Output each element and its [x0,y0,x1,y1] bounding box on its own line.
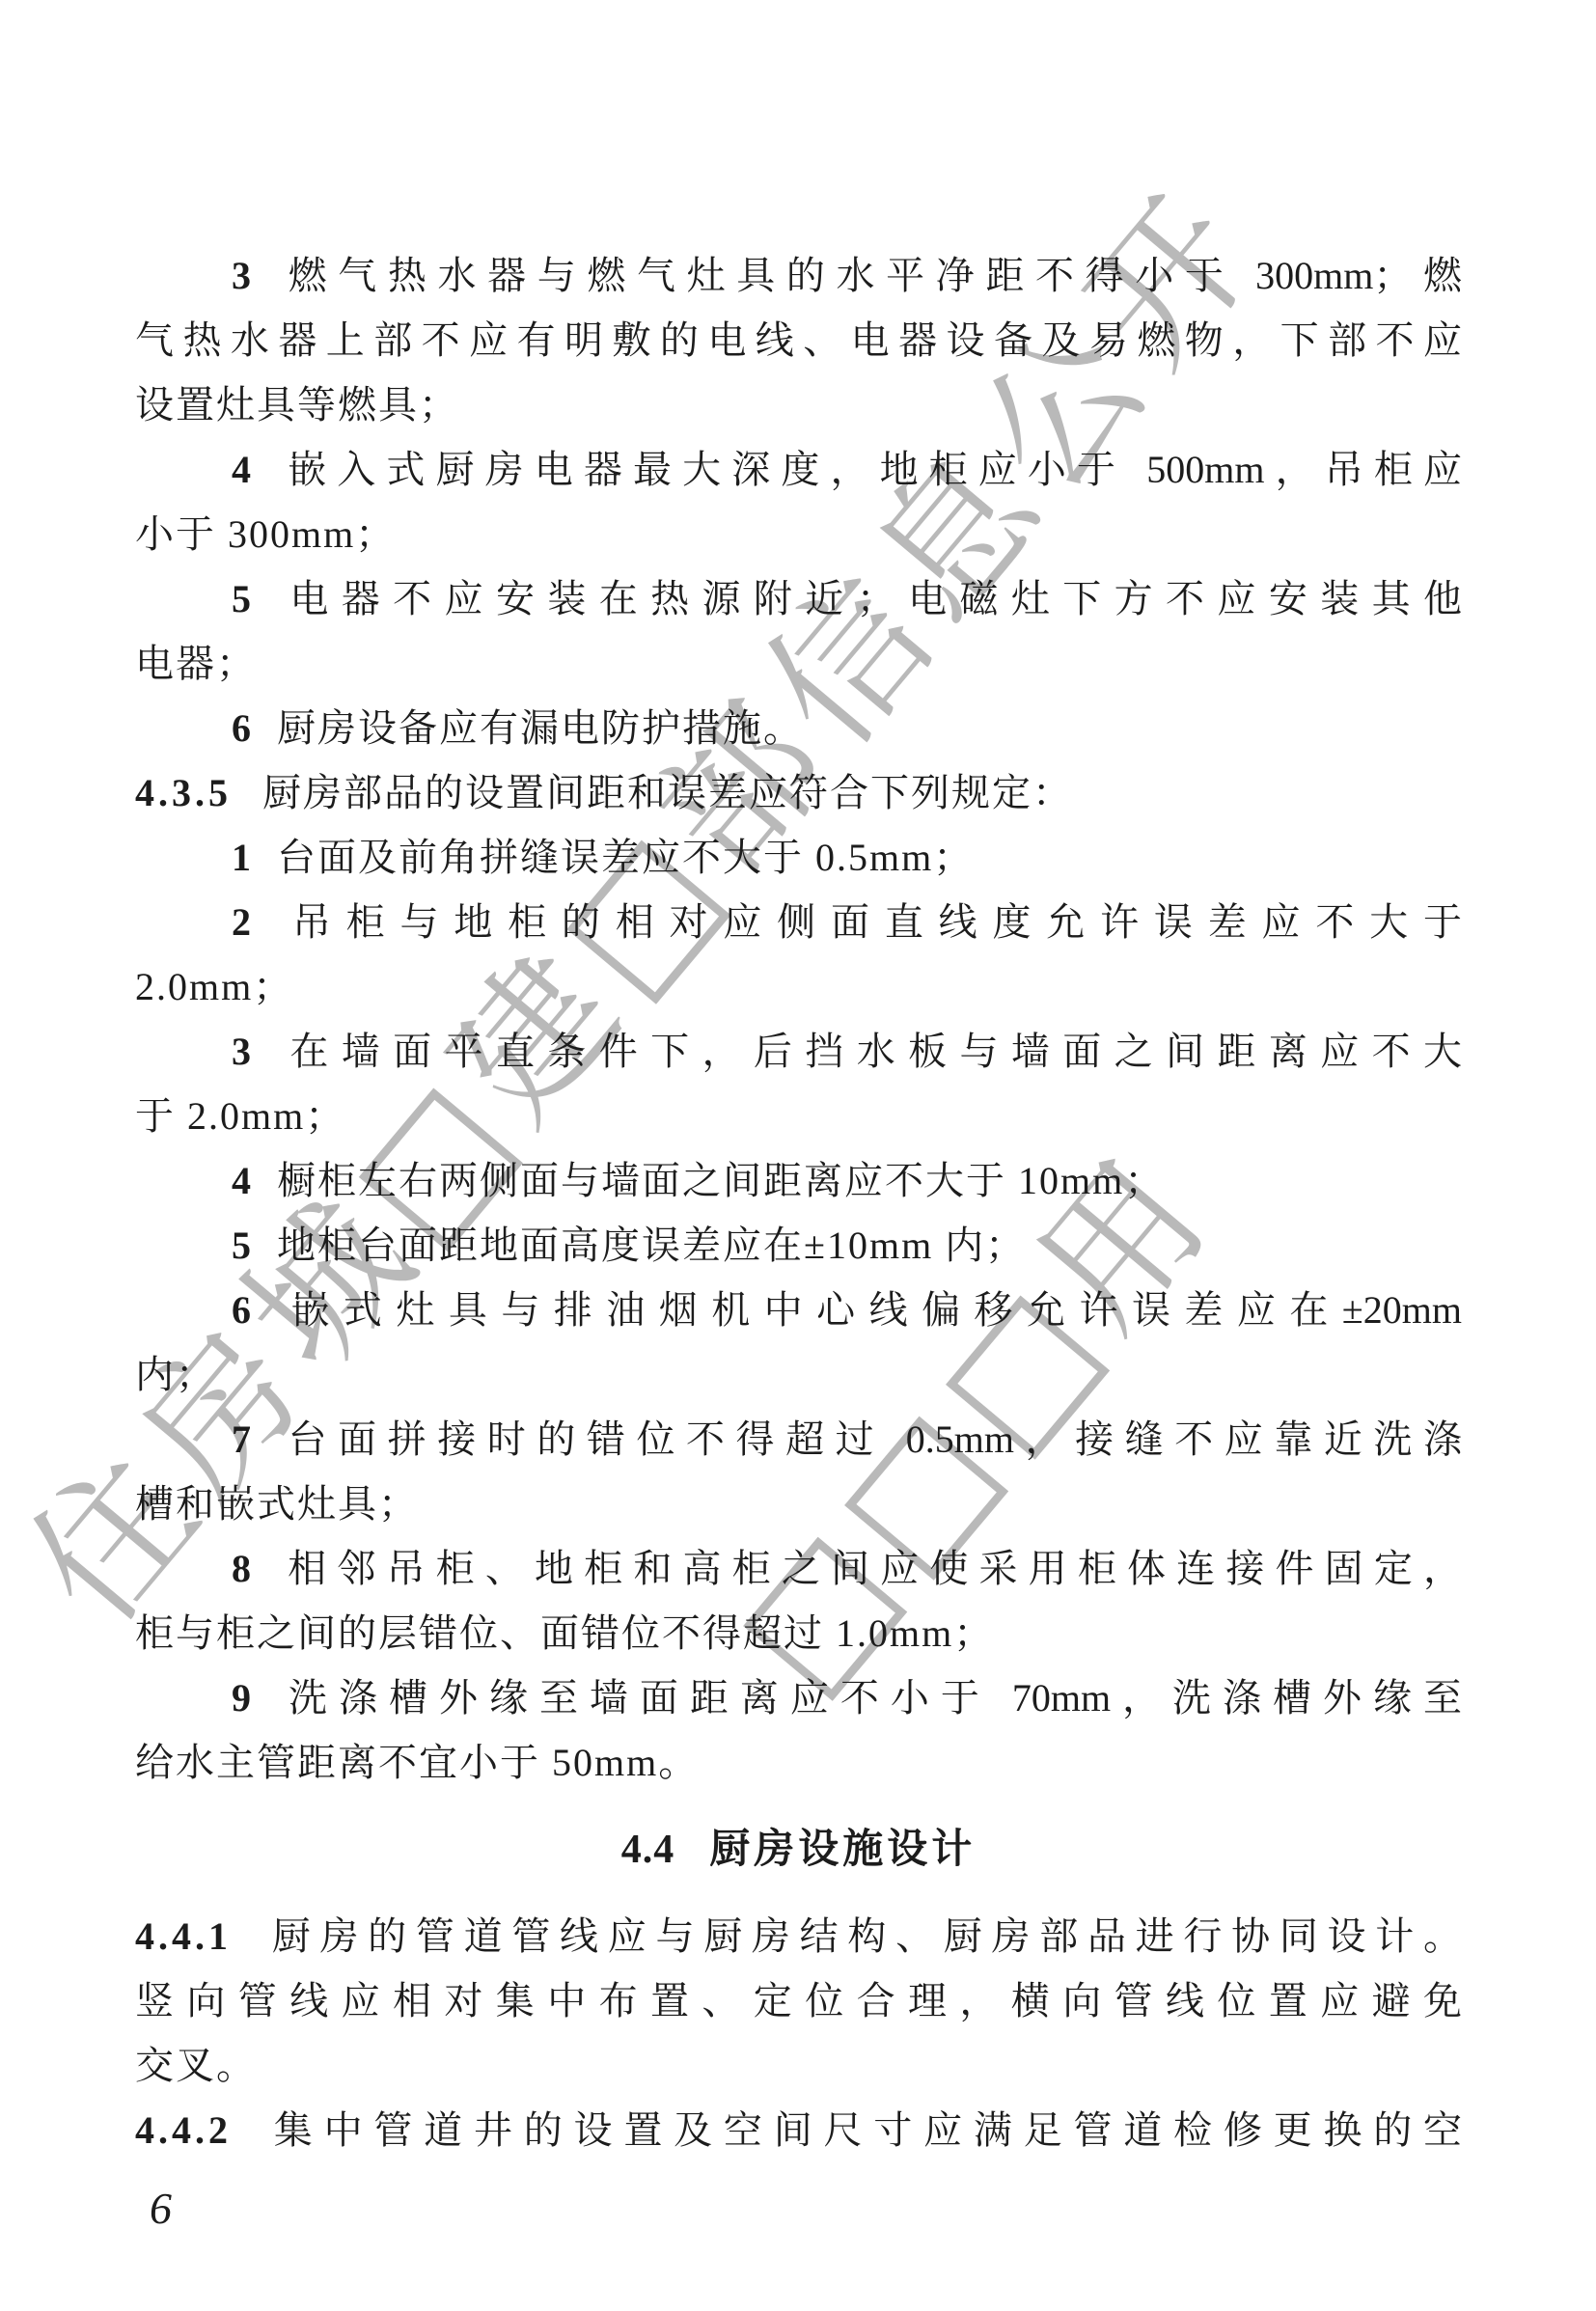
text-line: 5电器不应安装在热源附近；电磁灶下方不应安装其他 [135,566,1462,631]
line-text: 厨房的管道管线应与厨房结构、厨房部品进行协同设计。 [262,1914,1462,1958]
clause-number: 4.3.5 [135,771,232,814]
line-text: 嵌入式厨房电器最大深度，地柜应小于 500mm，吊柜应 [277,448,1462,491]
clause-number: 4.4 [621,1828,675,1872]
text-line: 槽和嵌式灶具； [135,1472,1462,1536]
text-line: 柜与柜之间的层错位、面错位不得超过 1.0mm； [135,1601,1462,1665]
text-line: 内； [135,1342,1462,1407]
page-content: 3燃气热水器与燃气灶具的水平净距不得小于 300mm；燃 气热水器上部不应有明敷… [135,243,1462,2162]
text-line: 9洗涤槽外缘至墙面距离应不小于 70mm，洗涤槽外缘至 [135,1665,1462,1730]
clause-number: 6 [232,1288,252,1332]
text-line: 给水主管距离不宜小于 50mm。 [135,1730,1462,1795]
clause-number: 4.4.1 [135,1914,232,1958]
line-text: 内； [135,1353,216,1396]
line-text: 在墙面平直条件下，后挡水板与墙面之间距离应不大 [277,1030,1462,1073]
line-text: 交叉。 [135,2044,257,2087]
clause-number: 8 [232,1547,252,1590]
text-line: 竖向管线应相对集中布置、定位合理，横向管线位置应避免 [135,1968,1462,2033]
line-text: 竖向管线应相对集中布置、定位合理，横向管线位置应避免 [135,1979,1462,2022]
clause-number: 5 [232,1224,252,1267]
line-text: 于 2.0mm； [135,1094,345,1138]
text-line: 小于 300mm； [135,502,1462,566]
line-text: 吊柜与地柜的相对应侧面直线度允许误差应不大于 [277,900,1462,944]
line-text: 地柜台面距地面高度误差应在±10mm 内； [277,1224,1026,1267]
clause-number: 3 [232,1030,252,1073]
clause-number: 4 [232,1159,252,1202]
text-line: 4.4厨房设施设计 [135,1818,1462,1883]
line-text: 槽和嵌式灶具； [135,1482,419,1526]
clause-number: 7 [232,1417,252,1461]
clause-number: 2 [232,900,252,944]
line-text: 相邻吊柜、地柜和高柜之间应使采用柜体连接件固定， [277,1547,1462,1590]
line-text: 电器； [135,642,257,685]
page-number: 6 [150,2183,172,2234]
text-line: 8相邻吊柜、地柜和高柜之间应使采用柜体连接件固定， [135,1536,1462,1601]
line-text: 给水主管距离不宜小于 50mm。 [135,1741,699,1784]
clause-number: 5 [232,577,252,620]
line-text: 集中管道井的设置及空间尺寸应满足管道检修更换的空 [262,2108,1462,2152]
clause-number: 4.4.2 [135,2108,232,2152]
line-text: 燃气热水器与燃气灶具的水平净距不得小于 300mm；燃 [277,254,1462,297]
line-text: 嵌式灶具与排油烟机中心线偏移允许误差应在±20mm [277,1288,1462,1332]
line-text: 厨房设备应有漏电防护措施。 [277,706,804,750]
line-text: 2.0mm； [135,965,293,1008]
text-line: 3燃气热水器与燃气灶具的水平净距不得小于 300mm；燃 [135,243,1462,308]
text-line: 设置灶具等燃具； [135,372,1462,437]
line-text: 小于 300mm； [135,512,396,556]
text-line: 4.4.1厨房的管道管线应与厨房结构、厨房部品进行协同设计。 [135,1904,1462,1968]
text-line: 气热水器上部不应有明敷的电线、电器设备及易燃物，下部不应 [135,308,1462,372]
text-line: 4.3.5厨房部品的设置间距和误差应符合下列规定： [135,760,1462,825]
text-line: 电器； [135,631,1462,696]
line-text: 设置灶具等燃具； [135,383,459,426]
text-line: 4嵌入式厨房电器最大深度，地柜应小于 500mm，吊柜应 [135,437,1462,502]
text-line: 2.0mm； [135,954,1462,1019]
clause-number: 6 [232,706,252,750]
text-line: 3在墙面平直条件下，后挡水板与墙面之间距离应不大 [135,1019,1462,1084]
line-text: 台面拼接时的错位不得超过 0.5mm，接缝不应靠近洗涤 [277,1417,1462,1461]
line-text: 气热水器上部不应有明敷的电线、电器设备及易燃物，下部不应 [135,318,1462,362]
text-line: 4橱柜左右两侧面与墙面之间距离应不大于 10mm； [135,1148,1462,1213]
line-text: 洗涤槽外缘至墙面距离应不小于 70mm，洗涤槽外缘至 [277,1676,1462,1719]
text-line: 6嵌式灶具与排油烟机中心线偏移允许误差应在±20mm [135,1278,1462,1342]
text-line: 于 2.0mm； [135,1084,1462,1148]
line-text: 橱柜左右两侧面与墙面之间距离应不大于 10mm； [277,1159,1165,1202]
clause-number: 9 [232,1676,252,1719]
line-text: 台面及前角拼缝误差应不大于 0.5mm； [277,836,974,879]
text-line: 5地柜台面距地面高度误差应在±10mm 内； [135,1213,1462,1278]
document-page: 住房城□建□部信息公开 □□□用 3燃气热水器与燃气灶具的水平净距不得小于 30… [0,0,1596,2311]
clause-number: 3 [232,254,252,297]
line-text: 厨房部品的设置间距和误差应符合下列规定： [262,771,1073,814]
clause-number: 4 [232,448,252,491]
text-line: 4.4.2集中管道井的设置及空间尺寸应满足管道检修更换的空 [135,2098,1462,2162]
text-line: 6厨房设备应有漏电防护措施。 [135,696,1462,760]
text-line: 1台面及前角拼缝误差应不大于 0.5mm； [135,825,1462,890]
line-text: 厨房设施设计 [709,1828,976,1872]
text-line: 交叉。 [135,2033,1462,2098]
line-text: 电器不应安装在热源附近；电磁灶下方不应安装其他 [277,577,1462,620]
text-line: 2吊柜与地柜的相对应侧面直线度允许误差应不大于 [135,890,1462,954]
text-line: 7台面拼接时的错位不得超过 0.5mm，接缝不应靠近洗涤 [135,1407,1462,1472]
line-text: 柜与柜之间的层错位、面错位不得超过 1.0mm； [135,1611,994,1655]
clause-number: 1 [232,836,252,879]
